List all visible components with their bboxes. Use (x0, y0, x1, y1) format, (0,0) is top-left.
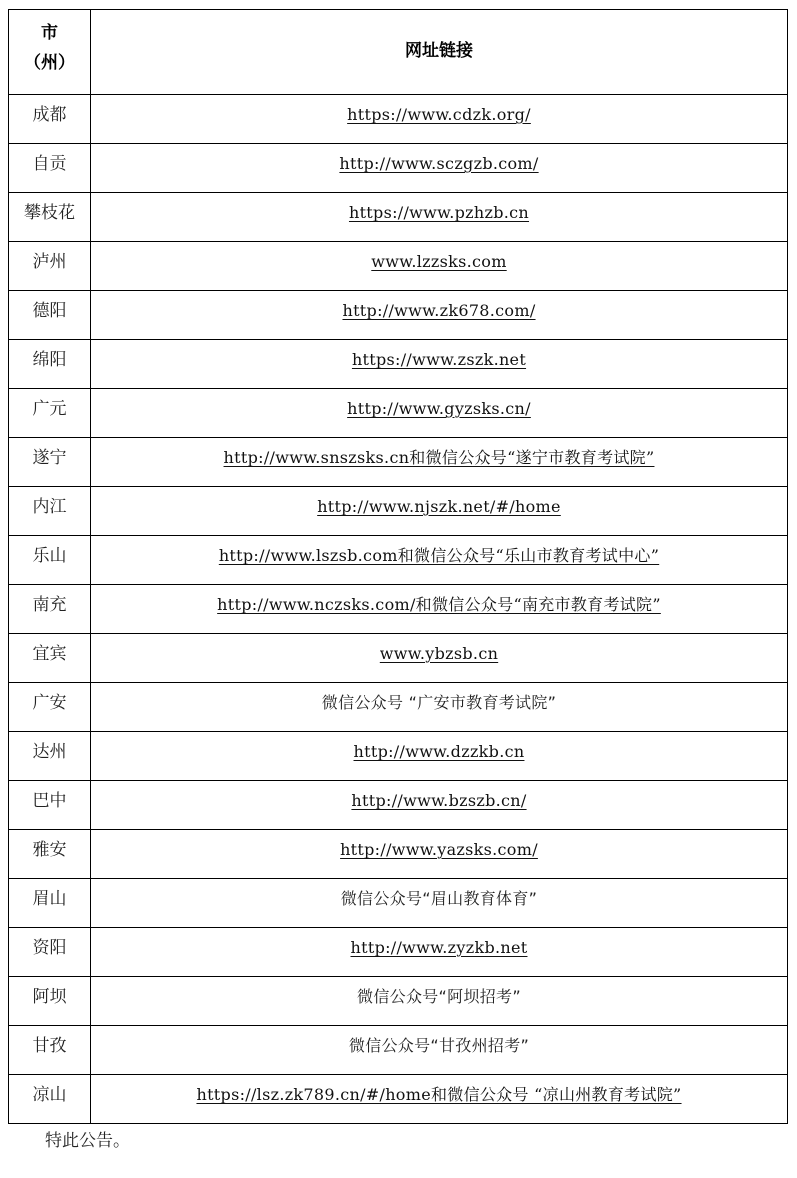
link-cell: www.ybzsb.cn (91, 634, 788, 683)
website-link[interactable]: http://www.gyzsks.cn/ (347, 398, 531, 420)
table-row: 雅安http://www.yazsks.com/ (9, 830, 788, 879)
city-name: 甘孜 (9, 1026, 90, 1057)
website-link[interactable]: https://www.cdzk.org/ (347, 104, 531, 126)
header-city-line2: （州） (9, 48, 90, 78)
wechat-account-text: 微信公众号“甘孜州招考” (349, 1035, 529, 1057)
city-name: 自贡 (9, 144, 90, 175)
link-cell: http://www.dzzkb.cn (91, 732, 788, 781)
city-cell: 资阳 (9, 928, 91, 977)
city-cell: 巴中 (9, 781, 91, 830)
city-cell: 广安 (9, 683, 91, 732)
city-name: 达州 (9, 732, 90, 763)
city-name: 遂宁 (9, 438, 90, 469)
table-row: 乐山http://www.lszsb.com和微信公众号“乐山市教育考试中心” (9, 536, 788, 585)
link-cell: http://www.bzszb.cn/ (91, 781, 788, 830)
city-cell: 泸州 (9, 242, 91, 291)
table-row: 甘孜微信公众号“甘孜州招考” (9, 1026, 788, 1075)
link-cell: http://www.lszsb.com和微信公众号“乐山市教育考试中心” (91, 536, 788, 585)
city-name: 宜宾 (9, 634, 90, 665)
city-cell: 甘孜 (9, 1026, 91, 1075)
city-cell: 广元 (9, 389, 91, 438)
link-cell: https://www.pzhzb.cn (91, 193, 788, 242)
city-cell: 内江 (9, 487, 91, 536)
website-link[interactable]: http://www.bzszb.cn/ (351, 790, 526, 812)
city-name: 乐山 (9, 536, 90, 567)
city-cell: 乐山 (9, 536, 91, 585)
header-city-line1: 市 (9, 10, 90, 48)
city-cell: 遂宁 (9, 438, 91, 487)
table-row: 成都https://www.cdzk.org/ (9, 95, 788, 144)
closing-note: 特此公告。 (45, 1129, 130, 1153)
website-link[interactable]: https://www.pzhzb.cn (349, 202, 529, 224)
link-cell: 微信公众号“甘孜州招考” (91, 1026, 788, 1075)
table-row: 凉山https://lsz.zk789.cn/#/home和微信公众号 “凉山州… (9, 1075, 788, 1124)
city-name: 眉山 (9, 879, 90, 910)
city-name: 阿坝 (9, 977, 90, 1008)
table-row: 广元http://www.gyzsks.cn/ (9, 389, 788, 438)
link-cell: http://www.nczsks.com/和微信公众号“南充市教育考试院” (91, 585, 788, 634)
city-name: 资阳 (9, 928, 90, 959)
header-link-label: 网址链接 (91, 10, 787, 61)
city-cell: 自贡 (9, 144, 91, 193)
city-cell: 眉山 (9, 879, 91, 928)
city-cell: 雅安 (9, 830, 91, 879)
link-cell: www.lzzsks.com (91, 242, 788, 291)
table-row: 内江http://www.njszk.net/#/home (9, 487, 788, 536)
website-link[interactable]: http://www.sczgzb.com/ (339, 153, 538, 175)
city-cell: 绵阳 (9, 340, 91, 389)
website-link[interactable]: www.lzzsks.com (371, 251, 506, 273)
website-link[interactable]: http://www.snszsks.cn和微信公众号“遂宁市教育考试院” (224, 447, 655, 469)
website-link[interactable]: http://www.zk678.com/ (342, 300, 535, 322)
city-name: 德阳 (9, 291, 90, 322)
website-link[interactable]: http://www.zyzkb.net (351, 937, 528, 959)
city-name: 南充 (9, 585, 90, 616)
link-cell: http://www.snszsks.cn和微信公众号“遂宁市教育考试院” (91, 438, 788, 487)
header-link: 网址链接 (91, 10, 788, 95)
city-name: 攀枝花 (9, 193, 90, 224)
link-cell: https://www.zszk.net (91, 340, 788, 389)
website-link[interactable]: http://www.njszk.net/#/home (317, 496, 561, 518)
table-row: 资阳http://www.zyzkb.net (9, 928, 788, 977)
city-cell: 宜宾 (9, 634, 91, 683)
link-cell: https://lsz.zk789.cn/#/home和微信公众号 “凉山州教育… (91, 1075, 788, 1124)
website-links-table: 市 （州） 网址链接 成都https://www.cdzk.org/自贡http… (8, 9, 788, 1124)
city-cell: 达州 (9, 732, 91, 781)
table-row: 眉山微信公众号“眉山教育体育” (9, 879, 788, 928)
table-row: 达州http://www.dzzkb.cn (9, 732, 788, 781)
wechat-account-text: 微信公众号“阿坝招考” (357, 986, 521, 1008)
wechat-account-text: 微信公众号 “广安市教育考试院” (322, 692, 556, 714)
link-cell: http://www.sczgzb.com/ (91, 144, 788, 193)
table-row: 宜宾www.ybzsb.cn (9, 634, 788, 683)
city-name: 广安 (9, 683, 90, 714)
link-cell: 微信公众号“眉山教育体育” (91, 879, 788, 928)
table-header-row: 市 （州） 网址链接 (9, 10, 788, 95)
header-city: 市 （州） (9, 10, 91, 95)
table-row: 南充http://www.nczsks.com/和微信公众号“南充市教育考试院” (9, 585, 788, 634)
table-row: 泸州www.lzzsks.com (9, 242, 788, 291)
link-cell: http://www.gyzsks.cn/ (91, 389, 788, 438)
link-cell: http://www.zyzkb.net (91, 928, 788, 977)
city-name: 绵阳 (9, 340, 90, 371)
link-cell: 微信公众号“阿坝招考” (91, 977, 788, 1026)
link-cell: http://www.zk678.com/ (91, 291, 788, 340)
link-cell: https://www.cdzk.org/ (91, 95, 788, 144)
table-row: 自贡http://www.sczgzb.com/ (9, 144, 788, 193)
link-cell: http://www.njszk.net/#/home (91, 487, 788, 536)
table-row: 巴中http://www.bzszb.cn/ (9, 781, 788, 830)
city-name: 内江 (9, 487, 90, 518)
website-link[interactable]: https://www.zszk.net (352, 349, 526, 371)
website-link[interactable]: http://www.dzzkb.cn (354, 741, 525, 763)
city-cell: 德阳 (9, 291, 91, 340)
table-row: 绵阳https://www.zszk.net (9, 340, 788, 389)
table-row: 广安微信公众号 “广安市教育考试院” (9, 683, 788, 732)
website-link[interactable]: http://www.yazsks.com/ (340, 839, 538, 861)
website-link[interactable]: http://www.nczsks.com/和微信公众号“南充市教育考试院” (217, 594, 661, 616)
website-link[interactable]: http://www.lszsb.com和微信公众号“乐山市教育考试中心” (219, 545, 659, 567)
city-cell: 成都 (9, 95, 91, 144)
table-row: 攀枝花https://www.pzhzb.cn (9, 193, 788, 242)
link-cell: 微信公众号 “广安市教育考试院” (91, 683, 788, 732)
city-cell: 南充 (9, 585, 91, 634)
city-name: 广元 (9, 389, 90, 420)
city-cell: 攀枝花 (9, 193, 91, 242)
city-name: 成都 (9, 95, 90, 126)
city-name: 凉山 (9, 1075, 90, 1106)
table-row: 遂宁http://www.snszsks.cn和微信公众号“遂宁市教育考试院” (9, 438, 788, 487)
city-name: 雅安 (9, 830, 90, 861)
website-link[interactable]: www.ybzsb.cn (380, 643, 498, 665)
city-name: 巴中 (9, 781, 90, 812)
table-row: 德阳http://www.zk678.com/ (9, 291, 788, 340)
city-name: 泸州 (9, 242, 90, 273)
city-cell: 阿坝 (9, 977, 91, 1026)
city-cell: 凉山 (9, 1075, 91, 1124)
link-cell: http://www.yazsks.com/ (91, 830, 788, 879)
website-link[interactable]: https://lsz.zk789.cn/#/home和微信公众号 “凉山州教育… (196, 1084, 681, 1106)
table-row: 阿坝微信公众号“阿坝招考” (9, 977, 788, 1026)
wechat-account-text: 微信公众号“眉山教育体育” (341, 888, 537, 910)
